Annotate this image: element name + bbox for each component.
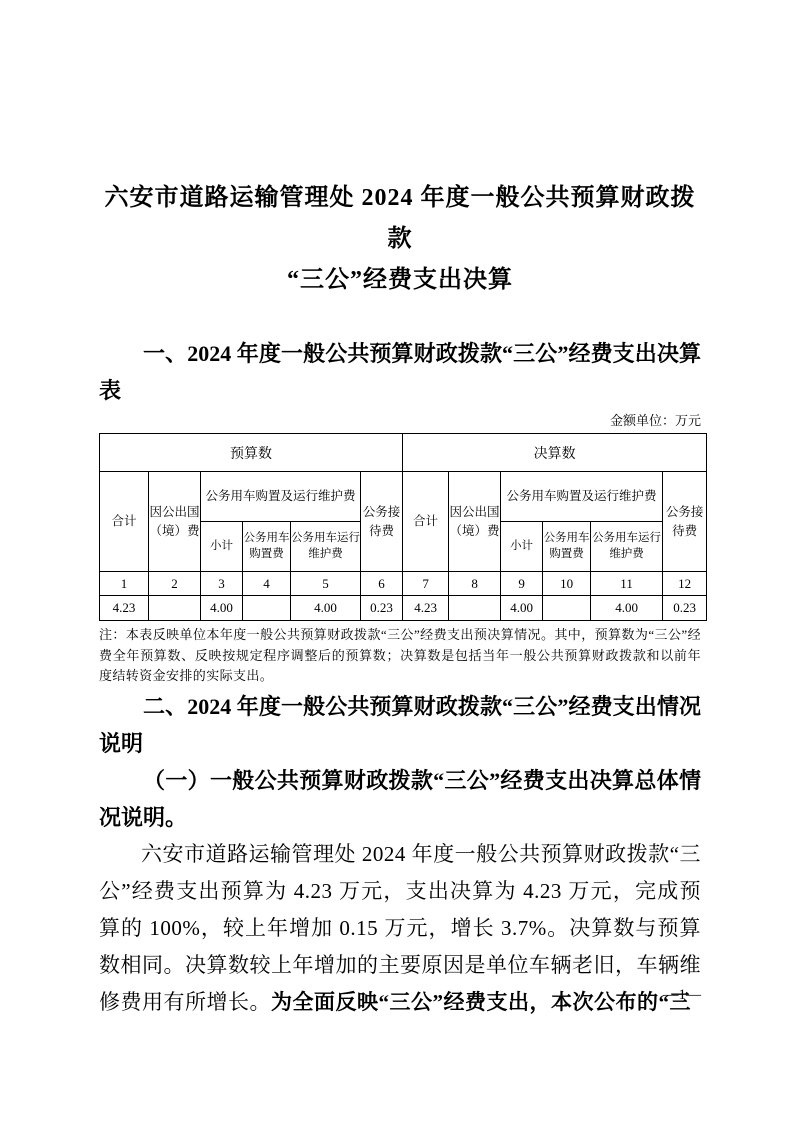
column-number-cell: 12 <box>663 572 707 596</box>
value-final-vehicle-subtotal: 4.00 <box>501 596 543 621</box>
column-number-cell: 9 <box>501 572 543 596</box>
document-title-line-2: “三公”经费支出决算 <box>99 260 701 301</box>
header-final-vehicle-group: 公务用车购置及运行维护费 <box>501 472 663 522</box>
column-number-cell: 5 <box>291 572 361 596</box>
group-header-budget: 预算数 <box>100 434 403 472</box>
column-number-cell: 7 <box>403 572 449 596</box>
value-final-abroad <box>449 596 501 621</box>
header-budget-vehicle-group: 公务用车购置及运行维护费 <box>201 472 361 522</box>
document-content: 六安市道路运输管理处 2024 年度一般公共预算财政拨款 “三公”经费支出决算 … <box>0 0 793 1021</box>
column-number-cell: 8 <box>449 572 501 596</box>
page-number: —1— <box>664 985 702 1005</box>
table-note: 注：本表反映单位本年度一般公共预算财政拨款“三公”经费支出预决算情况。其中，预算… <box>99 625 701 687</box>
table-group-header-row: 预算数 决算数 <box>100 434 707 472</box>
header-final-total: 合计 <box>403 472 449 572</box>
header-budget-vehicle-purchase: 公务用车购置费 <box>243 522 291 572</box>
value-budget-abroad <box>149 596 201 621</box>
value-final-vehicle-purchase <box>543 596 591 621</box>
column-number-cell: 11 <box>591 572 663 596</box>
header-final-vehicle-maintain: 公务用车运行维护费 <box>591 522 663 572</box>
value-budget-vehicle-purchase <box>243 596 291 621</box>
value-final-vehicle-maintain: 4.00 <box>591 596 663 621</box>
column-number-cell: 4 <box>243 572 291 596</box>
header-final-vehicle-purchase: 公务用车购置费 <box>543 522 591 572</box>
document-title-line-1: 六安市道路运输管理处 2024 年度一般公共预算财政拨款 <box>99 178 701 260</box>
header-final-abroad: 因公出国（境）费 <box>449 472 501 572</box>
document-page: 六安市道路运输管理处 2024 年度一般公共预算财政拨款 “三公”经费支出决算 … <box>0 0 793 1122</box>
header-budget-abroad: 因公出国（境）费 <box>149 472 201 572</box>
value-budget-total: 4.23 <box>100 596 149 621</box>
column-number-cell: 6 <box>361 572 403 596</box>
group-header-final: 决算数 <box>403 434 707 472</box>
column-number-cell: 3 <box>201 572 243 596</box>
amount-unit-label: 金额单位：万元 <box>99 411 701 431</box>
overview-paragraph-bold-run: 为全面反映“三公”经费支出，本次公布的“三 <box>271 990 691 1014</box>
table-value-row: 4.23 4.00 4.00 0.23 4.23 4.00 4.00 0.23 <box>100 596 707 621</box>
value-budget-vehicle-subtotal: 4.00 <box>201 596 243 621</box>
value-budget-reception: 0.23 <box>361 596 403 621</box>
value-budget-vehicle-maintain: 4.00 <box>291 596 361 621</box>
header-budget-total: 合计 <box>100 472 149 572</box>
overview-paragraph: 六安市道路运输管理处 2024 年度一般公共预算财政拨款“三公”经费支出预算为 … <box>99 836 701 1021</box>
value-final-total: 4.23 <box>403 596 449 621</box>
header-final-vehicle-subtotal: 小计 <box>501 522 543 572</box>
column-number-cell: 10 <box>543 572 591 596</box>
section2-heading: 二、2024 年度一般公共预算财政拨款“三公”经费支出情况说明 <box>99 688 701 762</box>
table-column-number-row: 1 2 3 4 5 6 7 8 9 10 11 12 <box>100 572 707 596</box>
document-title: 六安市道路运输管理处 2024 年度一般公共预算财政拨款 “三公”经费支出决算 <box>99 0 701 301</box>
value-final-reception: 0.23 <box>663 596 707 621</box>
header-budget-reception: 公务接待费 <box>361 472 403 572</box>
header-final-reception: 公务接待费 <box>663 472 707 572</box>
header-budget-vehicle-maintain: 公务用车运行维护费 <box>291 522 361 572</box>
three-public-expense-table: 预算数 决算数 合计 因公出国（境）费 公务用车购置及运行维护费 公务接待费 合… <box>99 433 707 621</box>
overview-paragraph-text: 六安市道路运输管理处 2024 年度一般公共预算财政拨款“三公”经费支出预算为 … <box>99 842 701 1014</box>
section1-heading: 一、2024 年度一般公共预算财政拨款“三公”经费支出决算表 <box>99 335 701 409</box>
column-number-cell: 2 <box>149 572 201 596</box>
table-header-row-2: 合计 因公出国（境）费 公务用车购置及运行维护费 公务接待费 合计 因公出国（境… <box>100 472 707 522</box>
column-number-cell: 1 <box>100 572 149 596</box>
header-budget-vehicle-subtotal: 小计 <box>201 522 243 572</box>
subsection1-heading: （一）一般公共预算财政拨款“三公”经费支出决算总体情况说明。 <box>99 762 701 836</box>
